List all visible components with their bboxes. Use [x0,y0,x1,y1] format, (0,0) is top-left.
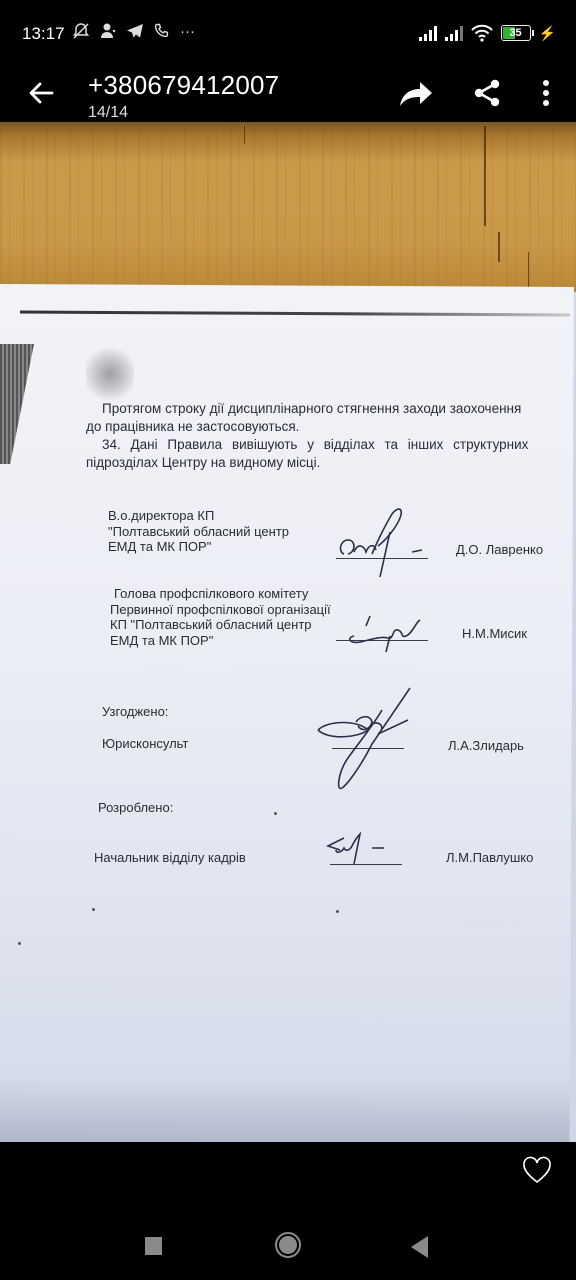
paragraph-33-line-1: Протягом строку дії дисциплінарного стяг… [86,400,564,418]
paper-speck [18,942,21,945]
more-notifications-icon: ··· [180,23,195,40]
person-icon [100,22,116,40]
recent-apps-icon[interactable] [145,1237,162,1255]
muted-bell-icon [72,22,90,40]
signatory-legal-advisor: Юрисконсульт [102,736,188,752]
app-bar: +380679412007 14/14 [0,66,576,122]
status-time: 13:17 [22,24,65,44]
position-line: ЕМД та МК ПОР" [110,633,331,649]
paragraph-33: Протягом строку дії дисциплінарного стяг… [86,400,564,472]
signal-sim2-icon [445,25,463,41]
signatory-name: Л.М.Павлушко [446,850,533,865]
wooden-surface [0,122,576,292]
position-line: ЕМД та МК ПОР" [108,539,289,555]
signatory-hr-head: Начальник відділу кадрів [94,850,246,866]
paragraph-33-line-2: до працівника не застосовуються. [86,418,564,436]
share-icon[interactable] [472,78,502,108]
paper-speck [274,812,277,815]
sender-title: +380679412007 [88,70,279,101]
signatory-name: Д.О. Лавренко [456,542,543,557]
media-counter: 14/14 [88,104,128,122]
notification-icons: ··· [72,22,195,40]
signatory-union-head: Голова профспілкового комітету Первинної… [110,586,331,648]
more-vertical-icon[interactable] [536,78,556,108]
back-arrow-icon[interactable] [26,78,56,108]
document-photo[interactable]: Протягом строку дії дисциплінарного стяг… [0,122,576,1142]
phone-call-icon [154,23,170,39]
position-line: "Полтавський обласний центр [108,524,289,540]
paper-speck [92,908,95,911]
battery-icon: 35 [501,25,531,41]
approved-heading: Узгоджено: [102,704,168,720]
wifi-icon [471,24,493,42]
nav-back-icon[interactable] [411,1236,428,1258]
signatory-name: Н.М.Мисик [462,626,527,641]
telegram-icon [126,23,144,39]
signature-legal-advisor [312,684,422,794]
position-line: Первинної профспілкової організації [110,602,331,618]
developed-heading: Розроблено: [98,800,173,816]
scan-smudge [86,346,134,402]
signatory-name: Л.А.Злидарь [448,738,524,753]
signal-sim1-icon [419,25,437,41]
forward-icon[interactable] [398,80,434,108]
signatory-director: В.о.директора КП "Полтавський обласний ц… [108,508,289,555]
position-line: КП "Полтавський обласний центр [110,617,331,633]
paragraph-34-line-1: 34. Дані Правила вивішують у відділах та… [86,436,564,454]
system-nav-bar [0,1200,576,1280]
signature-hr-head [322,832,402,868]
signature-union-head [340,606,440,656]
status-bar: 13:17 ··· 35 ⚡ [0,0,576,66]
position-line: Голова профспілкового комітету [110,586,331,602]
media-viewer-screen: 13:17 ··· 35 ⚡ +380679412007 14/14 [0,0,576,1280]
paragraph-34-line-2: підрозділах Центру на видному місці. [86,454,564,472]
charging-icon: ⚡ [539,25,556,42]
home-icon[interactable] [275,1232,301,1258]
paper-speck [336,910,339,913]
signature-director [332,502,442,582]
position-line: В.о.директора КП [108,508,289,524]
system-icons: 35 ⚡ [419,24,556,42]
heart-icon[interactable] [522,1156,552,1184]
battery-level: 35 [509,27,521,39]
